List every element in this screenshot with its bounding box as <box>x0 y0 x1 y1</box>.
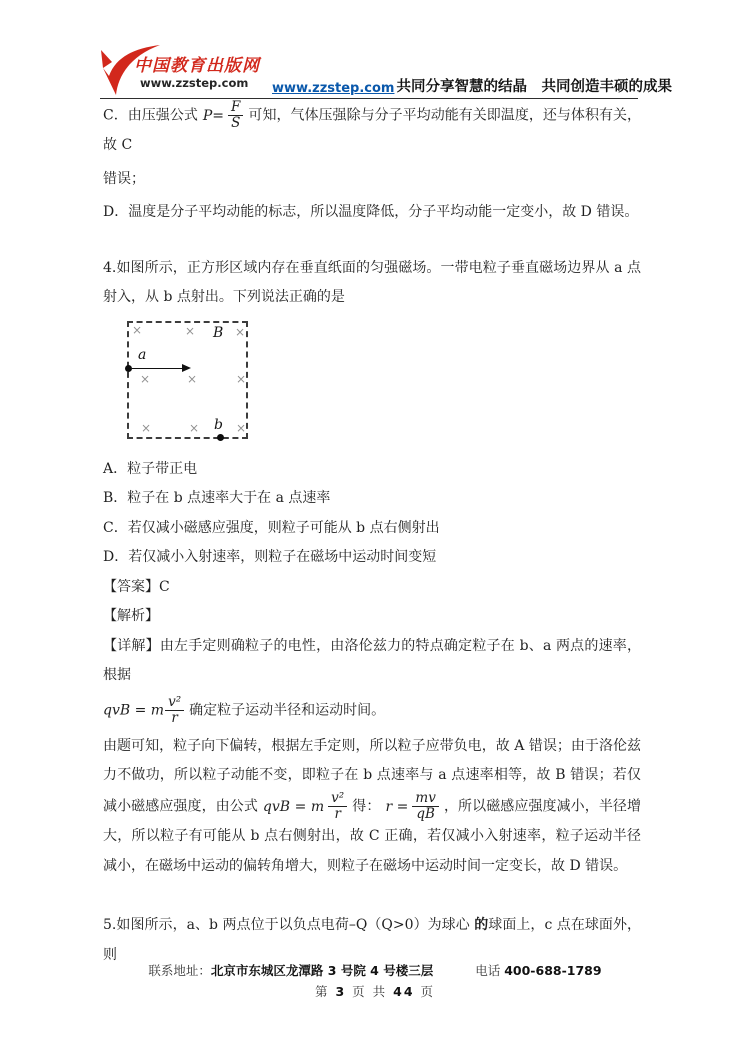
entry-point-label-a: a <box>138 348 146 362</box>
field-label-B: B <box>213 326 223 340</box>
page-mid1: 页 <box>352 984 367 999</box>
pressure-formula-fraction: FS <box>228 100 243 131</box>
fraction-denominator: S <box>228 116 243 131</box>
fraction-denominator: r <box>331 807 343 822</box>
velocity-arrowhead-icon <box>182 364 191 372</box>
formula2-fraction: v²r <box>328 791 347 822</box>
exit-point-dot <box>217 434 224 441</box>
header-row: 中国教育出版网 www.zzstep.com www.zzstep.com 共同… <box>100 42 640 97</box>
fraction-denominator: qB <box>413 807 438 822</box>
formula1-lhs: qvB = m <box>103 702 164 718</box>
fraction-numerator: v² <box>165 695 184 711</box>
cross-icon: × <box>140 373 150 385</box>
cross-icon: × <box>236 373 246 385</box>
entry-point-dot <box>125 365 132 372</box>
prev-option-d-line: D．温度是分子平均动能的标志，所以温度降低，分子平均动能一定变小，故 D 错误。 <box>103 198 641 228</box>
pressure-formula-lhs: P= <box>203 108 224 124</box>
page-number-line: 第 3 页 共 44 页 <box>0 981 750 1002</box>
formula3-fraction: mvqB <box>412 791 438 822</box>
prev-option-c-line: C．由压强公式P=FS可知，气体压强除与分子平均动能有关即温度，还与体积有关，故… <box>103 100 641 161</box>
page-header: 中国教育出版网 www.zzstep.com www.zzstep.com 共同… <box>100 42 640 99</box>
option-c-text: C．由压强公式 <box>103 108 198 124</box>
document-page: 中国教育出版网 www.zzstep.com www.zzstep.com 共同… <box>0 0 750 1060</box>
cross-icon: × <box>189 422 199 434</box>
q5-text-a: 5.如图所示，a、b 两点位于以负点电荷–Q（Q>0）为球心 <box>103 917 474 933</box>
cross-icon: × <box>141 422 151 434</box>
answer-label: 【答案】C <box>103 573 641 603</box>
fraction-numerator: F <box>228 100 243 116</box>
contact-line: 联系地址：北京市东城区龙潭路 3 号院 4 号楼三层电话 400-688-178… <box>0 961 750 981</box>
option-d: D．若仅减小入射速率，则粒子在磁场中运动时间变短 <box>103 543 641 573</box>
cross-icon: × <box>235 326 245 338</box>
formula1-post: 确定粒子运动半径和运动时间。 <box>189 702 385 718</box>
website-link[interactable]: www.zzstep.com <box>272 81 394 96</box>
page-footer: 联系地址：北京市东城区龙潭路 3 号院 4 号楼三层电话 400-688-178… <box>0 961 750 1002</box>
page-prefix: 第 <box>315 984 330 999</box>
fraction-numerator: v² <box>328 791 347 807</box>
formula1-fraction: v²r <box>165 695 184 726</box>
radius-formula-line: qvB = mv²r确定粒子运动半径和运动时间。 <box>103 695 641 726</box>
velocity-arrow-icon <box>132 368 183 370</box>
address-label: 联系地址： <box>148 963 211 978</box>
option-c: C．若仅减小磁感应强度，则粒子可能从 b 点右侧射出 <box>103 514 641 544</box>
formula2-lhs: qvB = m <box>263 799 324 815</box>
prev-option-c-wrap: 错误； <box>103 165 641 195</box>
header-divider <box>100 98 638 99</box>
phone-label: 电话 <box>475 963 504 978</box>
brand-logo: 中国教育出版网 www.zzstep.com <box>100 42 268 97</box>
address-text: 北京市东城区龙潭路 3 号院 4 号楼三层 <box>211 963 433 978</box>
question-4-stem: 4.如图所示，正方形区域内存在垂直纸面的匀强磁场。一带电粒子垂直磁场边界从 a … <box>103 254 641 313</box>
detail-paragraph: 由题可知，粒子向下偏转，根据左手定则，所以粒子应带负电，故 A 错误；由于洛伦兹… <box>103 732 641 881</box>
content-area: C．由压强公式P=FS可知，气体压强除与分子平均动能有关即温度，还与体积有关，故… <box>103 100 641 970</box>
brand-site-text: www.zzstep.com <box>140 76 248 90</box>
exit-point-label-b: b <box>214 418 223 432</box>
fraction-denominator: r <box>168 711 180 726</box>
cross-icon: × <box>132 324 142 336</box>
page-suffix: 页 <box>421 984 436 999</box>
phone-number: 400-688-1789 <box>504 963 601 978</box>
detail-text-mid: 得： <box>352 799 380 815</box>
formula3-lhs: r = <box>385 799 408 815</box>
page-mid2: 共 <box>373 984 388 999</box>
analysis-label: 【解析】 <box>103 602 641 632</box>
q5-text-b: 的 <box>474 917 488 933</box>
cross-icon: × <box>236 422 246 434</box>
detail-intro: 【详解】由左手定则确粒子的电性，由洛伦兹力的特点确定粒子在 b、a 两点的速率，… <box>103 632 641 691</box>
brand-name: 中国教育出版网 <box>134 51 274 76</box>
option-a: A．粒子带正电 <box>103 455 641 485</box>
total-page-number: 44 <box>393 984 414 999</box>
current-page-number: 3 <box>335 984 346 999</box>
header-tagline: 共同分享智慧的结晶 共同创造丰硕的成果 <box>396 75 672 96</box>
option-b: B．粒子在 b 点速率大于在 a 点速率 <box>103 484 641 514</box>
cross-icon: × <box>187 373 197 385</box>
cross-icon: × <box>185 325 195 337</box>
magnetic-field-diagram: × × × × × × × × × B a b <box>127 321 248 439</box>
fraction-numerator: mv <box>412 791 438 807</box>
